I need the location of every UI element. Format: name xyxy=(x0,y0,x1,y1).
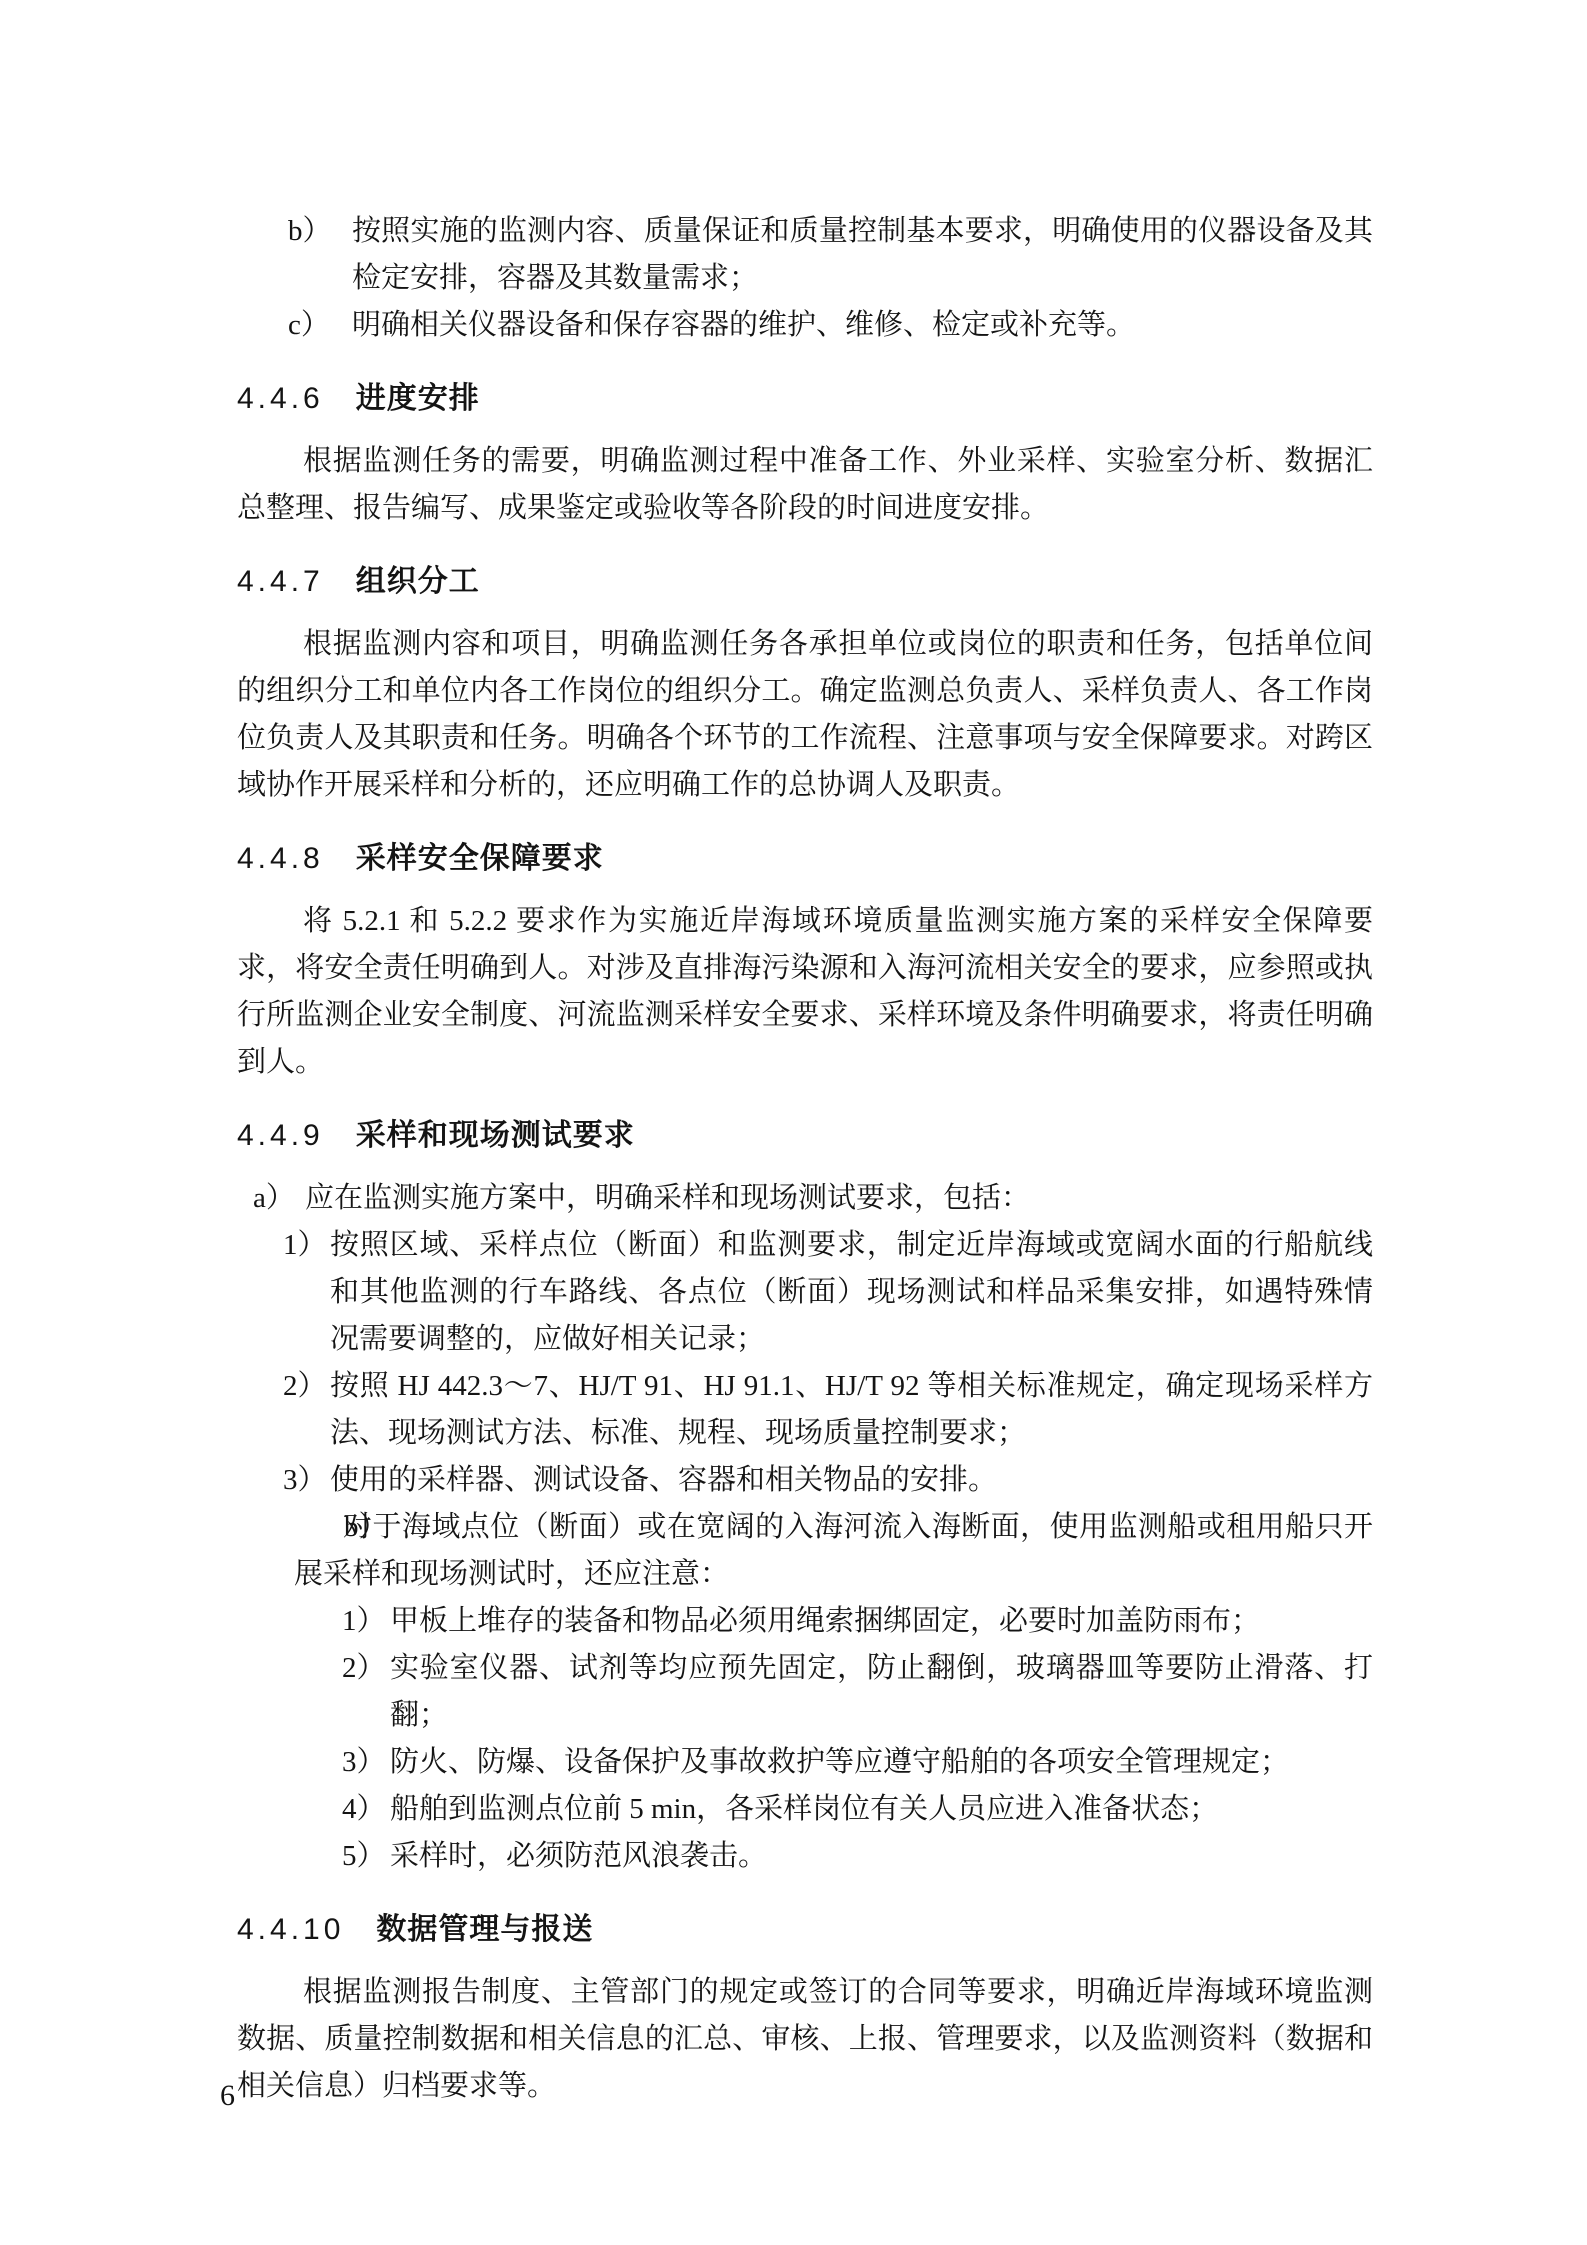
list-marker: 3） xyxy=(342,1739,386,1786)
list-item-text: 明确相关仪器设备和保存容器的维护、维修、检定或补充等。 xyxy=(352,309,1135,341)
list-item-text: 应在监测实施方案中，明确采样和现场测试要求，包括： xyxy=(305,1182,1030,1214)
paragraph: 根据监测内容和项目，明确监测任务各承担单位或岗位的职责和任务，包括单位间的组织分… xyxy=(237,621,1373,809)
list-item: b）对于海域点位（断面）或在宽阔的入海河流入海断面，使用监测船或租用船只开展采样… xyxy=(237,1504,1373,1598)
list-item-text: 使用的采样器、测试设备、容器和相关物品的安排。 xyxy=(330,1464,997,1496)
section-number: 4.4.6 xyxy=(237,375,324,422)
section: 4.4.7 组织分工 根据监测内容和项目，明确监测任务各承担单位或岗位的职责和任… xyxy=(237,558,1373,809)
section-number: 4.4.7 xyxy=(237,558,324,605)
list-item: 4）船舶到监测点位前 5 min，各采样岗位有关人员应进入准备状态； xyxy=(237,1786,1373,1833)
paragraph: 将 5.2.1 和 5.2.2 要求作为实施近岸海域环境质量监测实施方案的采样安… xyxy=(237,898,1373,1086)
section-heading: 4.4.10 数据管理与报送 xyxy=(237,1906,1373,1953)
list-item-text: 甲板上堆存的装备和物品必须用绳索捆绑固定，必要时加盖防雨布； xyxy=(390,1605,1260,1637)
section-title: 采样和现场测试要求 xyxy=(356,1112,635,1159)
list-marker: b） xyxy=(295,1504,388,1551)
list-item: 5）采样时，必须防范风浪袭击。 xyxy=(237,1833,1373,1880)
section: 4.4.8 采样安全保障要求 将 5.2.1 和 5.2.2 要求作为实施近岸海… xyxy=(237,835,1373,1086)
section-number: 4.4.9 xyxy=(237,1112,324,1159)
section-heading: 4.4.8 采样安全保障要求 xyxy=(237,835,1373,882)
list-item-text: 按照区域、采样点位（断面）和监测要求，制定近岸海域或宽阔水面的行船航线和其他监测… xyxy=(330,1229,1373,1355)
paragraph: 根据监测任务的需要，明确监测过程中准备工作、外业采样、实验室分析、数据汇总整理、… xyxy=(237,438,1373,532)
list-item-text: 实验室仪器、试剂等均应预先固定，防止翻倒，玻璃器皿等要防止滑落、打翻； xyxy=(390,1652,1373,1731)
section: 4.4.6 进度安排 根据监测任务的需要，明确监测过程中准备工作、外业采样、实验… xyxy=(237,375,1373,532)
section-heading: 4.4.7 组织分工 xyxy=(237,558,1373,605)
list-marker: 5） xyxy=(342,1833,386,1880)
section: 4.4.10 数据管理与报送 根据监测报告制度、主管部门的规定或签订的合同等要求… xyxy=(237,1906,1373,2110)
section-heading: 4.4.9 采样和现场测试要求 xyxy=(237,1112,1373,1159)
list-item: c）明确相关仪器设备和保存容器的维护、维修、检定或补充等。 xyxy=(237,302,1373,349)
list-marker: 2） xyxy=(342,1645,386,1692)
list-marker: 4） xyxy=(342,1786,386,1833)
section-number: 4.4.8 xyxy=(237,835,324,882)
section-title: 进度安排 xyxy=(356,375,480,422)
list-item-text: 防火、防爆、设备保护及事故救护等应遵守船舶的各项安全管理规定； xyxy=(390,1746,1289,1778)
list-marker: b） xyxy=(288,208,332,255)
page-content: b）按照实施的监测内容、质量保证和质量控制基本要求，明确使用的仪器设备及其检定安… xyxy=(237,208,1373,2110)
paragraph: 根据监测报告制度、主管部门的规定或签订的合同等要求，明确近岸海域环境监测数据、质… xyxy=(237,1969,1373,2110)
document-page: { "page": { "number": "6", "background":… xyxy=(0,0,1587,2245)
list-item: 2）实验室仪器、试剂等均应预先固定，防止翻倒，玻璃器皿等要防止滑落、打翻； xyxy=(237,1645,1373,1739)
list-item: 3）防火、防爆、设备保护及事故救护等应遵守船舶的各项安全管理规定； xyxy=(237,1739,1373,1786)
list-item: a）应在监测实施方案中，明确采样和现场测试要求，包括： xyxy=(237,1175,1373,1222)
list-marker: a） xyxy=(253,1175,295,1222)
list-marker: 1） xyxy=(342,1598,386,1645)
list-item-text: 按照实施的监测内容、质量保证和质量控制基本要求，明确使用的仪器设备及其检定安排，… xyxy=(352,215,1373,294)
section-number: 4.4.10 xyxy=(237,1906,344,1953)
list-marker: 2） xyxy=(283,1363,327,1410)
list-item: 2）按照 HJ 442.3～7、HJ/T 91、HJ 91.1、HJ/T 92 … xyxy=(237,1363,1373,1457)
page-number: 6 xyxy=(220,2078,235,2114)
list-item-text: 采样时，必须防范风浪袭击。 xyxy=(390,1840,767,1872)
section-title: 数据管理与报送 xyxy=(376,1906,593,1953)
list-marker: 1） xyxy=(283,1222,327,1269)
list-marker: c） xyxy=(288,302,330,349)
list-item-text: 对于海域点位（断面）或在宽阔的入海河流入海断面，使用监测船或租用船只开展采样和现… xyxy=(294,1511,1373,1590)
section-heading: 4.4.6 进度安排 xyxy=(237,375,1373,422)
list-item: b）按照实施的监测内容、质量保证和质量控制基本要求，明确使用的仪器设备及其检定安… xyxy=(237,208,1373,302)
list-item: 1）按照区域、采样点位（断面）和监测要求，制定近岸海域或宽阔水面的行船航线和其他… xyxy=(237,1222,1373,1363)
list-item-text: 按照 HJ 442.3～7、HJ/T 91、HJ 91.1、HJ/T 92 等相… xyxy=(330,1370,1373,1449)
list-item-text: 船舶到监测点位前 5 min，各采样岗位有关人员应进入准备状态； xyxy=(390,1793,1218,1825)
section-title: 采样安全保障要求 xyxy=(356,835,604,882)
section-title: 组织分工 xyxy=(356,558,480,605)
section: 4.4.9 采样和现场测试要求 a）应在监测实施方案中，明确采样和现场测试要求，… xyxy=(237,1112,1373,1880)
list-item: 3）使用的采样器、测试设备、容器和相关物品的安排。 xyxy=(237,1457,1373,1504)
list-marker: 3） xyxy=(283,1457,327,1504)
list-item: 1）甲板上堆存的装备和物品必须用绳索捆绑固定，必要时加盖防雨布； xyxy=(237,1598,1373,1645)
